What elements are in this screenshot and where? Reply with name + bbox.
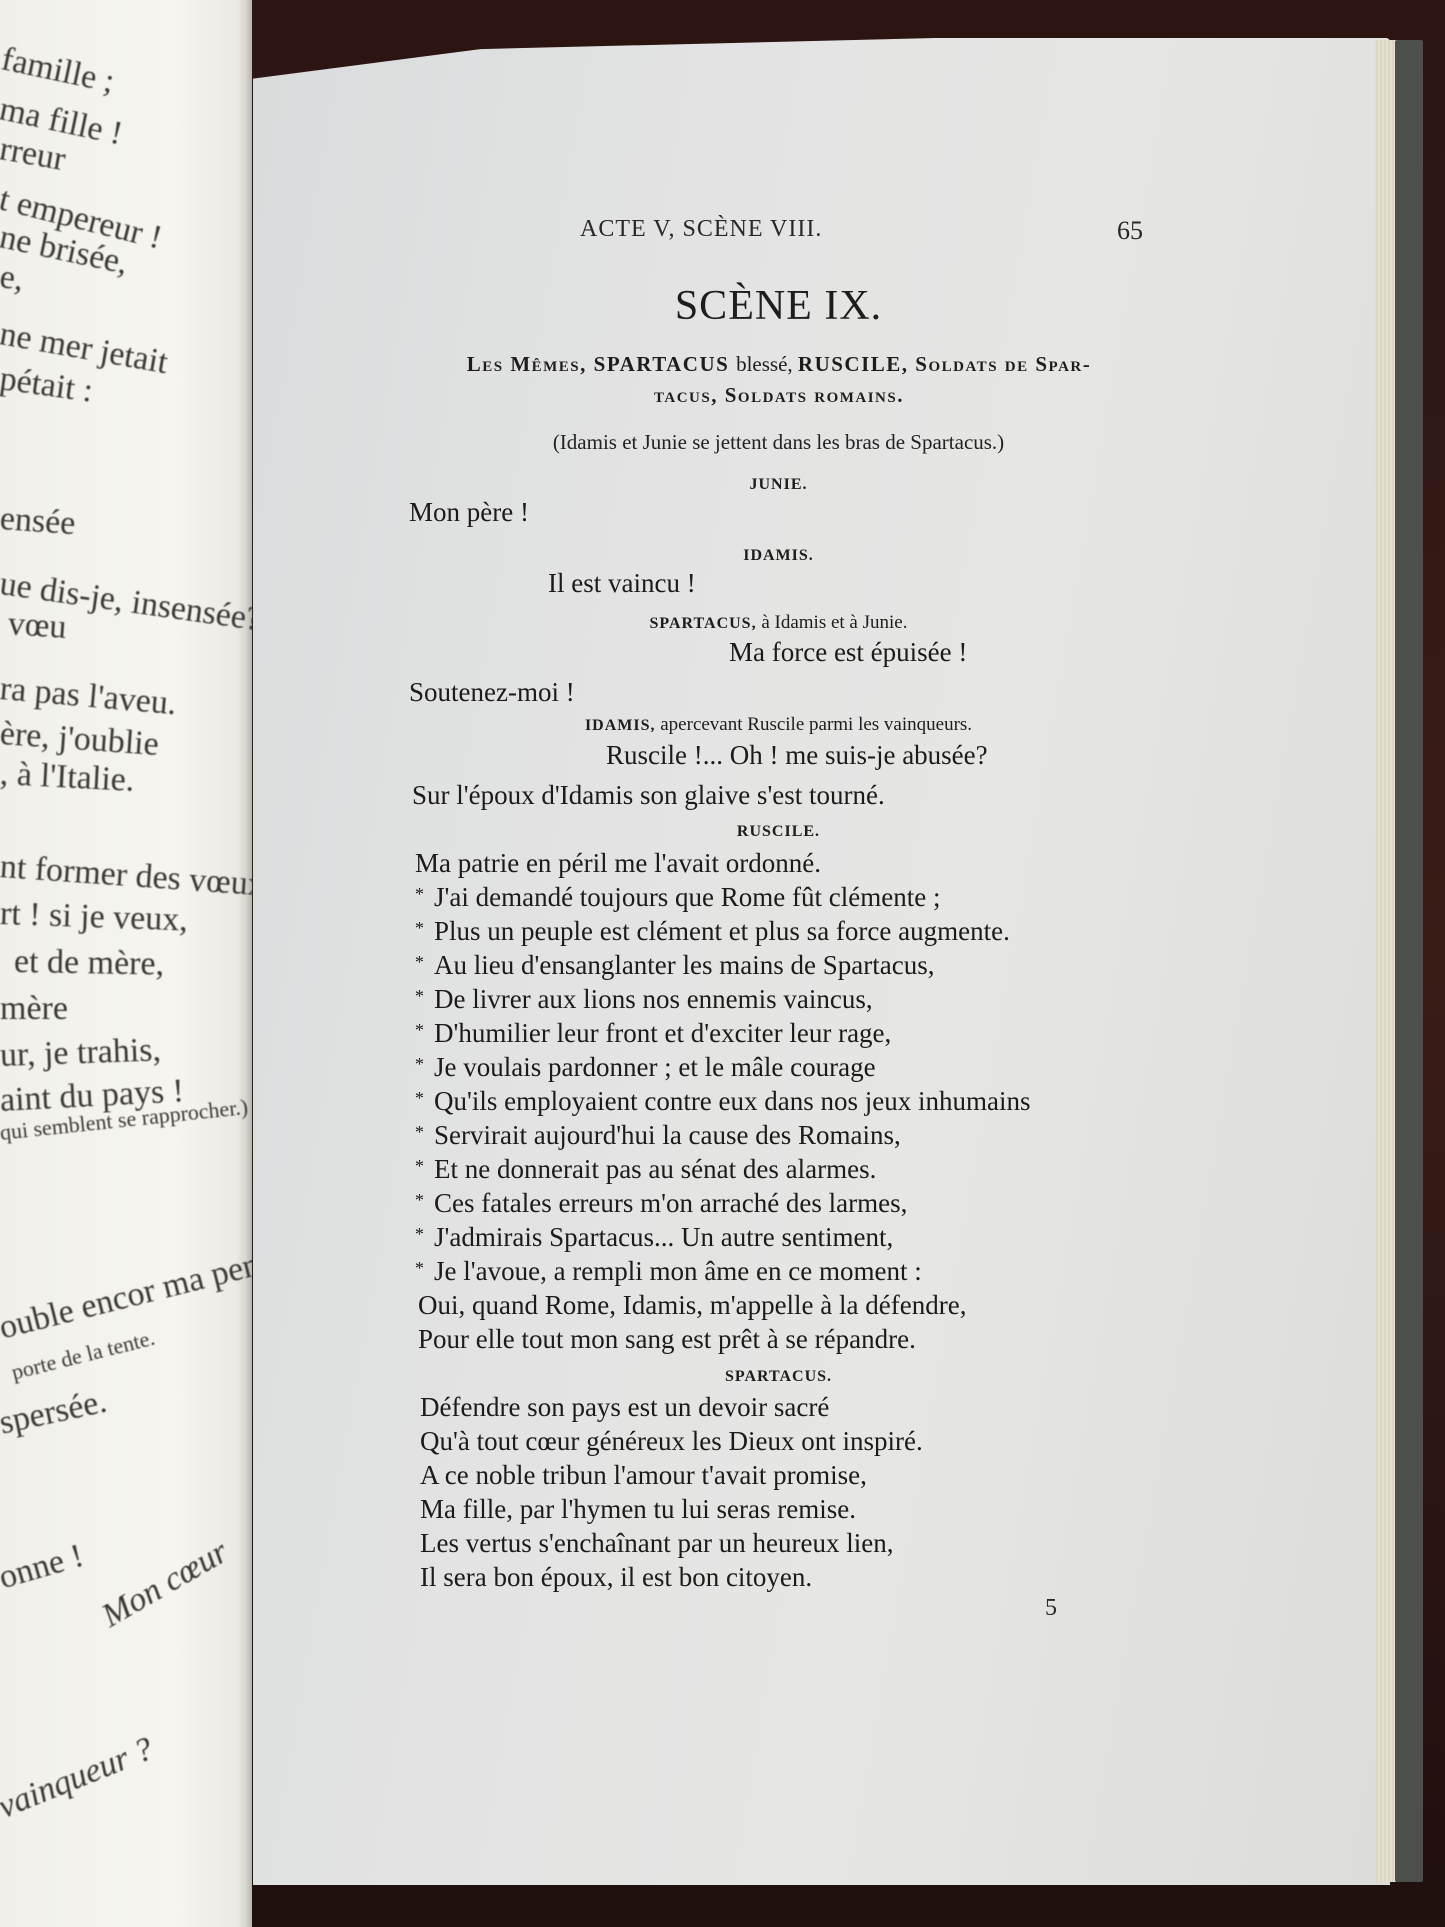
verse-line: Ma force est épuisée ! — [729, 637, 967, 668]
cast-part: Les Mêmes, — [467, 352, 594, 376]
asterisk-mark: * — [415, 1088, 424, 1108]
verse-line: Sur l'époux d'Idamis son glaive s'est to… — [412, 780, 885, 811]
verse-text: De livrer aux lions nos ennemis vaincus, — [434, 984, 873, 1014]
verse-line: *D'humilier leur front et d'exciter leur… — [415, 1018, 891, 1049]
speaker-label: SPARTACUS, — [650, 615, 757, 632]
verse-text: Qu'à tout cœur généreux les Dieux ont in… — [420, 1426, 923, 1456]
verse-text: Sur l'époux d'Idamis son glaive s'est to… — [412, 780, 885, 810]
left-page-text-fragment: ur, je trahis, — [0, 1031, 162, 1075]
cast-part: SPARTACUS — [594, 352, 736, 376]
verse-line: *Servirait aujourd'hui la cause des Roma… — [415, 1120, 901, 1151]
verse-text: J'ai demandé toujours que Rome fût cléme… — [434, 882, 940, 912]
asterisk-mark: * — [415, 952, 424, 972]
asterisk-mark: * — [415, 1190, 424, 1210]
speaker-name: IDAMIS. — [0, 547, 1445, 565]
speaker-name: SPARTACUS, à Idamis et à Junie. — [0, 612, 1445, 634]
verse-text: Ruscile !... Oh ! me suis-je abusée? — [606, 740, 988, 770]
left-page-text-fragment: spersée. — [0, 1383, 110, 1443]
verse-line: *J'admirais Spartacus... Un autre sentim… — [415, 1222, 893, 1253]
left-page-text-fragment: et de mère, — [14, 943, 165, 984]
left-page-text-fragment: onne ! — [0, 1537, 88, 1597]
verse-text: Je voulais pardonner ; et le mâle courag… — [434, 1052, 876, 1082]
verse-line: Oui, quand Rome, Idamis, m'appelle à la … — [418, 1290, 966, 1321]
verse-text: Au lieu d'ensanglanter les mains de Spar… — [434, 950, 934, 980]
left-page-text-fragment: rt ! si je veux, — [0, 895, 188, 940]
cast-line-1: Les Mêmes, SPARTACUS blessé, RUSCILE, So… — [409, 349, 1149, 380]
verse-text: D'humilier leur front et d'exciter leur … — [434, 1018, 891, 1048]
verse-line: Mon père ! — [409, 497, 529, 528]
left-page-text-fragment: mère — [0, 990, 68, 1028]
verse-line: *Je l'avoue, a rempli mon âme en ce mome… — [415, 1256, 922, 1287]
verse-text: Je l'avoue, a rempli mon âme en ce momen… — [434, 1256, 922, 1286]
verse-line: Pour elle tout mon sang est prêt à se ré… — [418, 1324, 916, 1355]
verse-line: *Qu'ils employaient contre eux dans nos … — [415, 1086, 1031, 1117]
verse-text: Défendre son pays est un devoir sacré — [420, 1392, 829, 1422]
asterisk-mark: * — [415, 1122, 424, 1142]
left-page-text-fragment: ensée — [0, 500, 77, 543]
verse-text: Ma force est épuisée ! — [729, 637, 967, 667]
cast-line-2: tacus, Soldats romains. — [409, 380, 1149, 411]
speaker-direction: apercevant Ruscile parmi les vainqueurs. — [656, 714, 973, 735]
speaker-direction: à Idamis et à Junie. — [757, 612, 908, 633]
verse-text: Qu'ils employaient contre eux dans nos j… — [434, 1086, 1031, 1116]
verse-text: Servirait aujourd'hui la cause des Romai… — [434, 1120, 901, 1150]
asterisk-mark: * — [415, 1054, 424, 1074]
verse-line: Les vertus s'enchaînant par un heureux l… — [420, 1528, 893, 1559]
asterisk-mark: * — [415, 884, 424, 904]
speaker-name: JUNIE. — [0, 476, 1445, 494]
verse-line: *Et ne donnerait pas au sénat des alarme… — [415, 1154, 876, 1185]
verse-line: Ma patrie en péril me l'avait ordonné. — [415, 848, 821, 879]
left-page-text-fragment: pétait : — [0, 360, 95, 411]
verse-line: *Au lieu d'ensanglanter les mains de Spa… — [415, 950, 934, 981]
verse-line: Ruscile !... Oh ! me suis-je abusée? — [606, 740, 988, 771]
left-page-text-fragment: , à l'Italie. — [0, 755, 135, 800]
verse-line: *J'ai demandé toujours que Rome fût clém… — [415, 882, 940, 913]
verse-text: A ce noble tribun l'amour t'avait promis… — [420, 1460, 867, 1490]
verse-line: Il sera bon époux, il est bon citoyen. — [420, 1562, 812, 1593]
verse-text: Il sera bon époux, il est bon citoyen. — [420, 1562, 812, 1592]
verse-line: *De livrer aux lions nos ennemis vaincus… — [415, 984, 873, 1015]
verse-line: Soutenez-moi ! — [409, 677, 575, 708]
left-page-text-fragment: Mon cœur — [96, 1533, 235, 1635]
verse-line: Défendre son pays est un devoir sacré — [420, 1392, 829, 1423]
speaker-name: SPARTACUS. — [0, 1368, 1445, 1386]
verse-text: Ma patrie en péril me l'avait ordonné. — [415, 848, 821, 878]
verse-text: Soutenez-moi ! — [409, 677, 575, 707]
speaker-name: IDAMIS, apercevant Ruscile parmi les vai… — [0, 714, 1445, 736]
verse-text: Ces fatales erreurs m'on arraché des lar… — [434, 1188, 907, 1218]
left-page-text-fragment: famille ; — [0, 40, 118, 101]
page-number: 65 — [1117, 216, 1143, 246]
verse-line: *Plus un peuple est clément et plus sa f… — [415, 916, 1010, 947]
speaker-label: SPARTACUS. — [725, 1368, 832, 1385]
asterisk-mark: * — [415, 1156, 424, 1176]
verse-text: Mon père ! — [409, 497, 529, 527]
verse-line: Qu'à tout cœur généreux les Dieux ont in… — [420, 1426, 923, 1457]
left-page-text-fragment: vainqueur ? — [0, 1730, 159, 1826]
verse-line: *Ces fatales erreurs m'on arraché des la… — [415, 1188, 907, 1219]
verse-text: Il est vaincu ! — [548, 568, 696, 598]
asterisk-mark: * — [415, 1258, 424, 1278]
verse-line: Ma fille, par l'hymen tu lui seras remis… — [420, 1494, 856, 1525]
verse-line: Il est vaincu ! — [548, 568, 696, 599]
speaker-name: RUSCILE. — [0, 823, 1445, 841]
verse-line: A ce noble tribun l'amour t'avait promis… — [420, 1460, 867, 1491]
verse-text: Les vertus s'enchaînant par un heureux l… — [420, 1528, 893, 1558]
cast-list: Les Mêmes, SPARTACUS blessé, RUSCILE, So… — [409, 349, 1149, 411]
asterisk-mark: * — [415, 1224, 424, 1244]
cast-part: RUSCILE, — [798, 352, 915, 376]
signature-mark: 5 — [1045, 1595, 1057, 1622]
stage-direction: (Idamis et Junie se jettent dans les bra… — [0, 430, 1445, 455]
asterisk-mark: * — [415, 986, 424, 1006]
verse-text: Oui, quand Rome, Idamis, m'appelle à la … — [418, 1290, 966, 1320]
speaker-label: IDAMIS, — [585, 717, 656, 734]
scene-title: SCÈNE IX. — [0, 282, 1445, 330]
verse-text: Plus un peuple est clément et plus sa fo… — [434, 916, 1010, 946]
verse-text: Ma fille, par l'hymen tu lui seras remis… — [420, 1494, 856, 1524]
verse-text: Et ne donnerait pas au sénat des alarmes… — [434, 1154, 876, 1184]
asterisk-mark: * — [415, 1020, 424, 1040]
verse-line: *Je voulais pardonner ; et le mâle coura… — [415, 1052, 876, 1083]
speaker-label: RUSCILE. — [737, 823, 820, 840]
verse-text: J'admirais Spartacus... Un autre sentime… — [434, 1222, 893, 1252]
cast-part: blessé, — [736, 352, 798, 376]
speaker-label: IDAMIS. — [743, 547, 814, 564]
running-head: ACTE V, SCÈNE VIII. — [580, 216, 822, 243]
asterisk-mark: * — [415, 918, 424, 938]
cast-part: Soldats de Spar- — [915, 352, 1091, 376]
speaker-label: JUNIE. — [749, 476, 807, 493]
verse-text: Pour elle tout mon sang est prêt à se ré… — [418, 1324, 916, 1354]
